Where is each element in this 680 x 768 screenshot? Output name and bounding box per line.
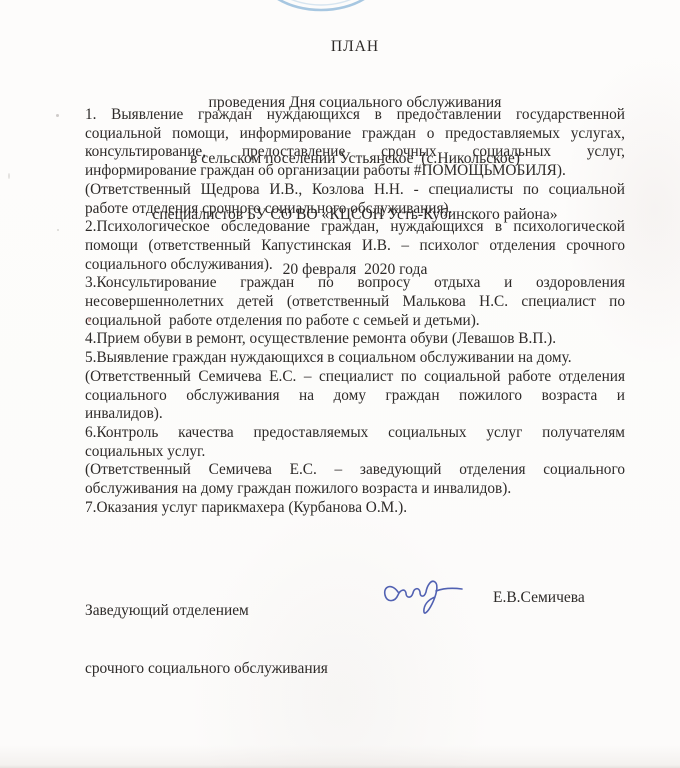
body-line: социальной помощи, информирование гражда… [85,125,625,144]
signature-role-block: Заведующий отделением срочного социально… [85,563,405,717]
body-line: работе отделения срочного социального об… [85,200,625,219]
body-line: обслуживания на дому граждан пожилого во… [85,480,625,499]
scan-speck [56,114,59,117]
body-line: социальных услуг. [85,443,625,462]
signature-role-line: срочного социального обслуживания [85,659,405,678]
document-body: 1. Выявление граждан нуждающихся в предо… [85,106,625,517]
document-page: ПЛАН проведения Дня социального обслужив… [0,0,680,768]
title-line: ПЛАН [85,38,625,57]
scan-speck [57,229,59,231]
body-line: 7.Оказания услуг парикмахера (Курбанова … [85,499,625,518]
body-line: информирование граждан об организации ра… [85,162,625,181]
signature-role-line: Заведующий отделением [85,601,405,620]
body-line: 5.Выявление граждан нуждающихся в социал… [85,349,625,368]
body-line: (Ответственный Щедрова И.В., Козлова Н.Н… [85,181,625,200]
body-line: (Ответственный Семичева Е.С. – заведующи… [85,461,625,480]
body-line: консультирование, предоставление срочных… [85,143,625,162]
body-line: помощи (ответственный Капустинская И.В. … [85,237,625,256]
signature-name: Е.В.Семичева [493,588,585,607]
body-line: 6.Контроль качества предоставляемых соци… [85,424,625,443]
body-line: инвалидов). [85,405,625,424]
scan-speck [8,173,10,179]
body-line: 2.Психологическое обследование граждан, … [85,218,625,237]
body-line: социального обслуживания на дому граждан… [85,387,625,406]
body-line: 1. Выявление граждан нуждающихся в предо… [85,106,625,125]
body-line: 4.Прием обуви в ремонт, осуществление ре… [85,330,625,349]
body-line: (Ответственный Семичева Е.С. – специалис… [85,368,625,387]
body-line: несовершеннолетних детей (ответственный … [85,293,625,312]
body-line: социальной работе отделения по работе с … [85,312,625,331]
body-line: социального обслуживания). [85,256,625,275]
body-line: 3.Консультирование граждан по вопросу от… [85,274,625,293]
